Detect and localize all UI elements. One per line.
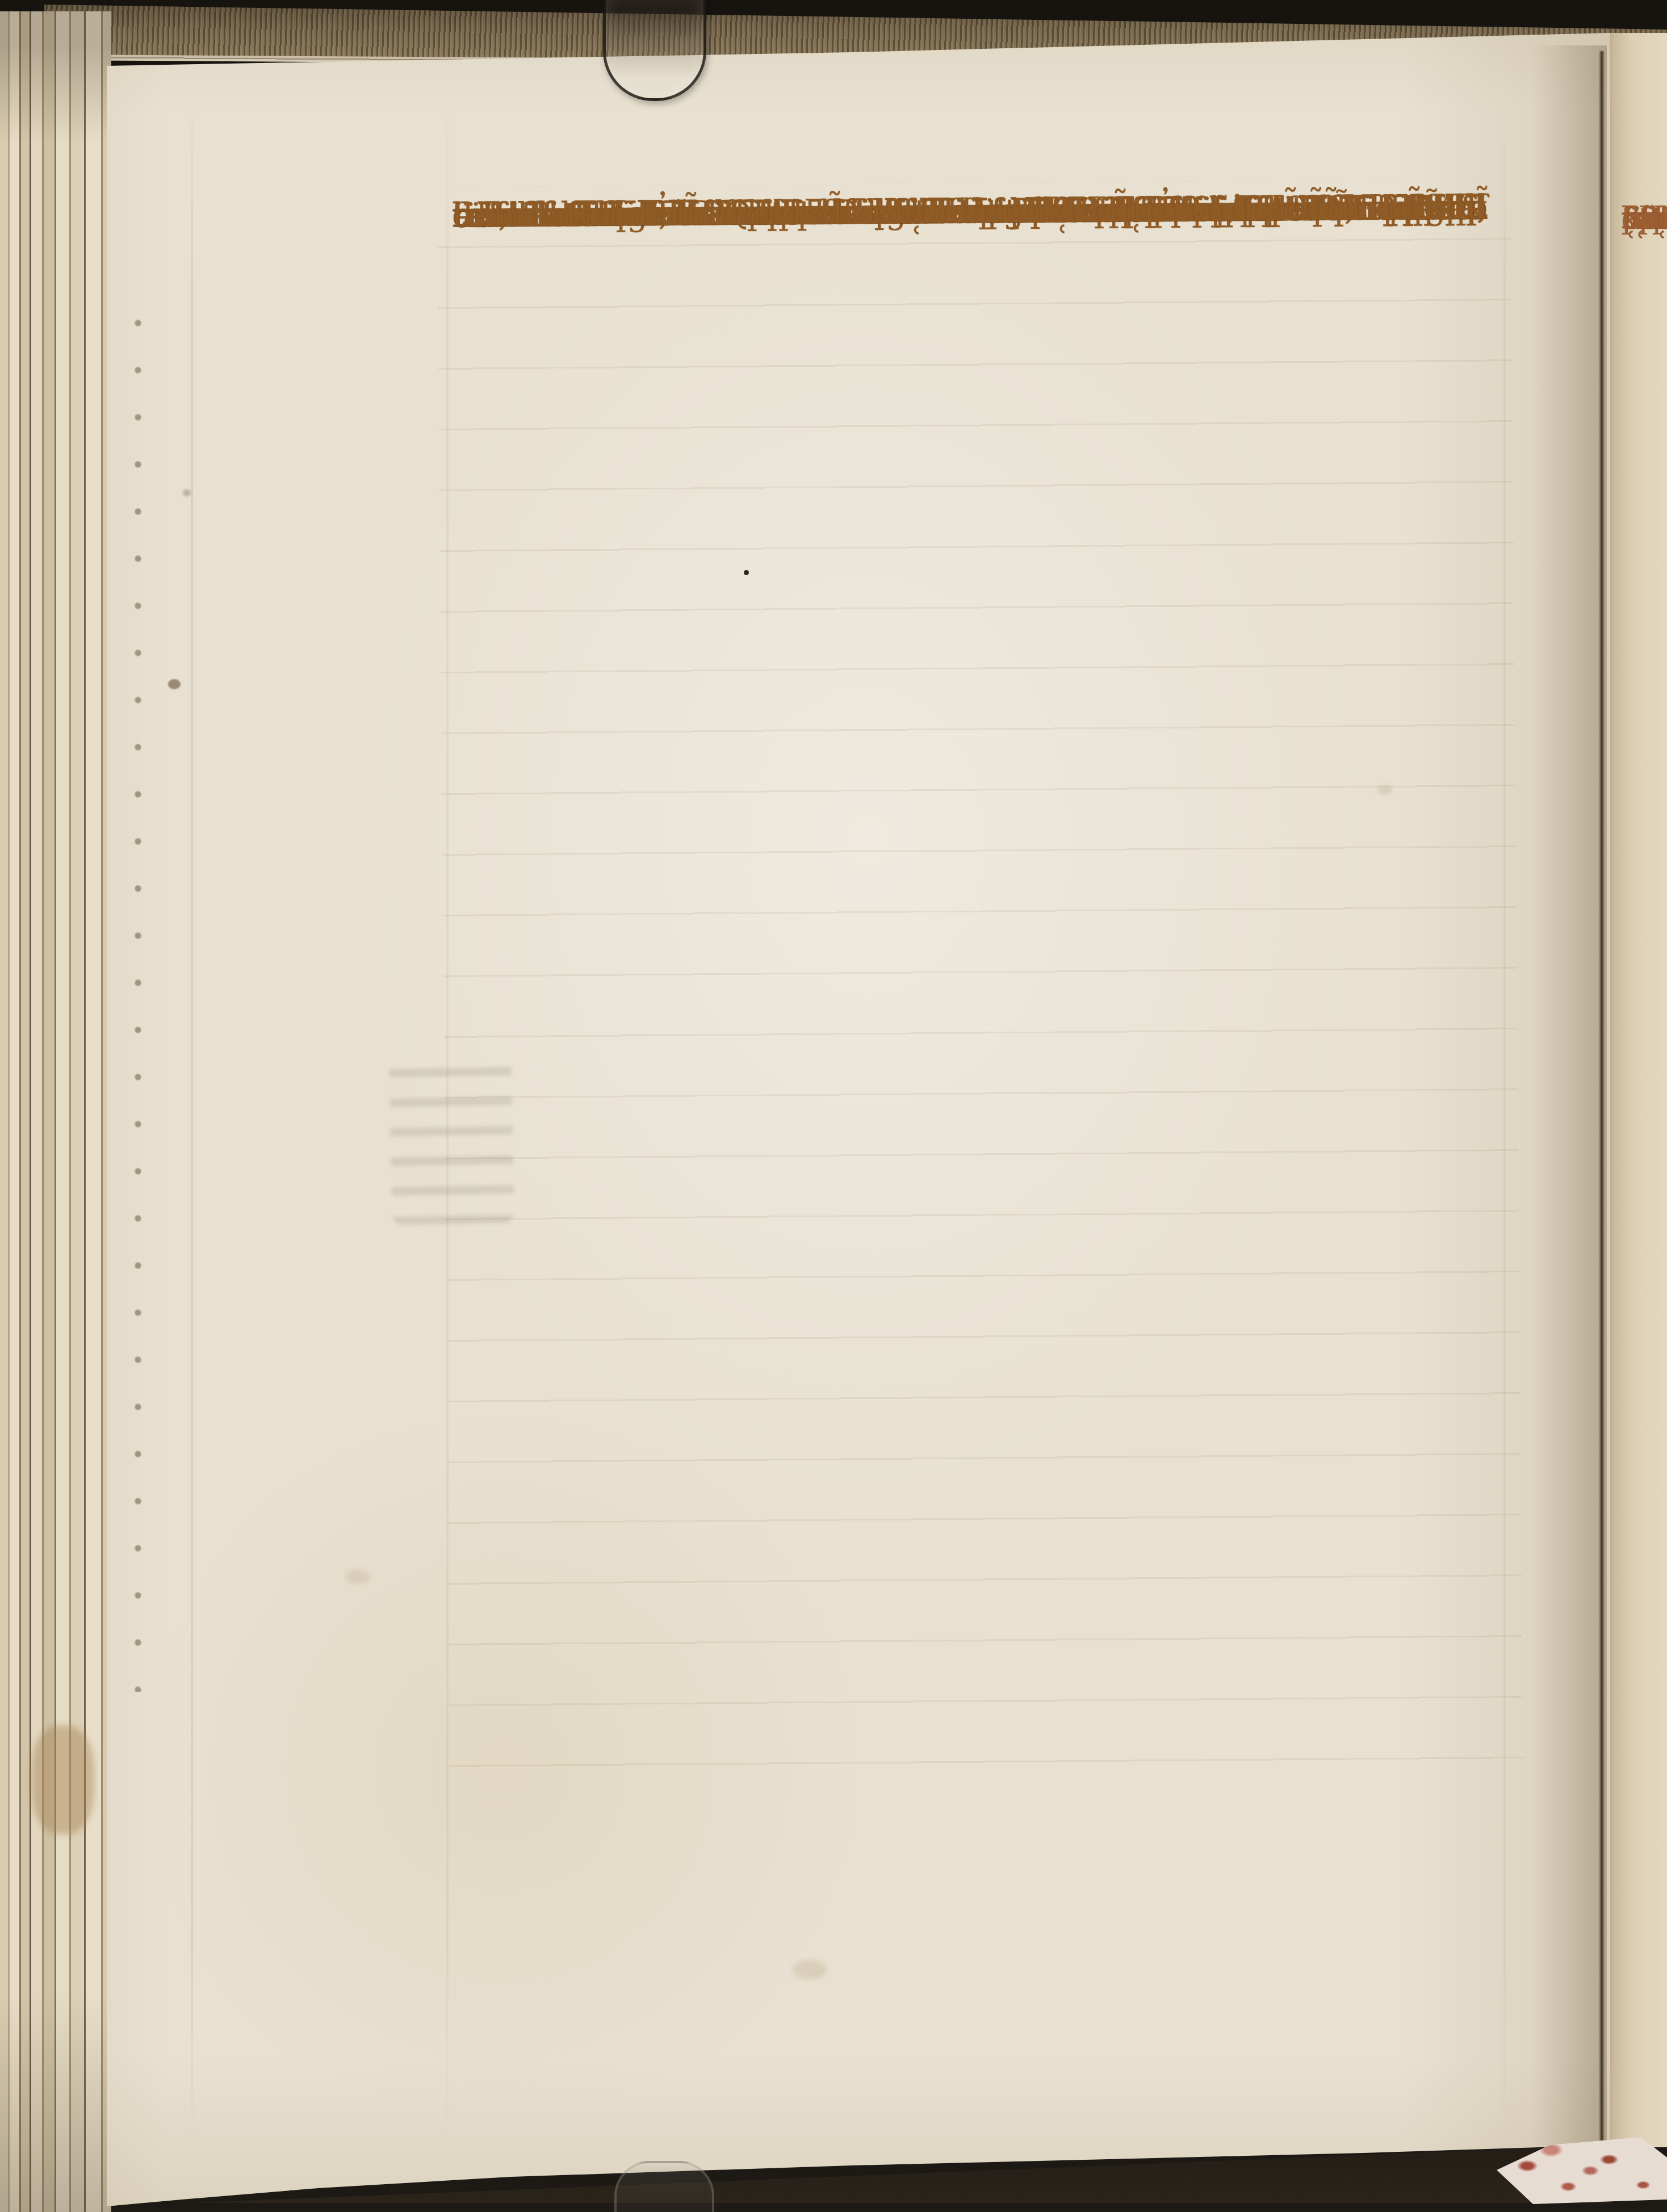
stain — [32, 1726, 94, 1834]
text-block: ſ oculi mei· & cet̃· Itē laudanſ dn̄m p … — [452, 177, 1500, 1769]
manuscript-photo: ſ oculi mei· & cet̃· Itē laudanſ dn̄m p … — [0, 0, 1667, 2212]
page-stack-shading — [0, 11, 111, 2212]
stain — [793, 1960, 827, 1979]
page-holder-clip-bottom — [614, 2161, 714, 2212]
facing-fragment: cū ſ — [1622, 188, 1667, 249]
stain — [345, 1569, 370, 1584]
stain — [183, 489, 191, 496]
page-holder-clip-top — [603, 0, 706, 101]
pricking-holes — [134, 318, 142, 1692]
stain — [168, 679, 181, 689]
text-line: tribulato ſū corde· & humileſ ſpū ſaluab… — [452, 177, 1488, 246]
facing-page-text-column: c̜t rab alib lat tri tu ſuſt cau pur pie… — [1622, 188, 1667, 1773]
page-crease — [191, 79, 193, 2157]
gutter-soft-shadow — [1533, 45, 1607, 2146]
